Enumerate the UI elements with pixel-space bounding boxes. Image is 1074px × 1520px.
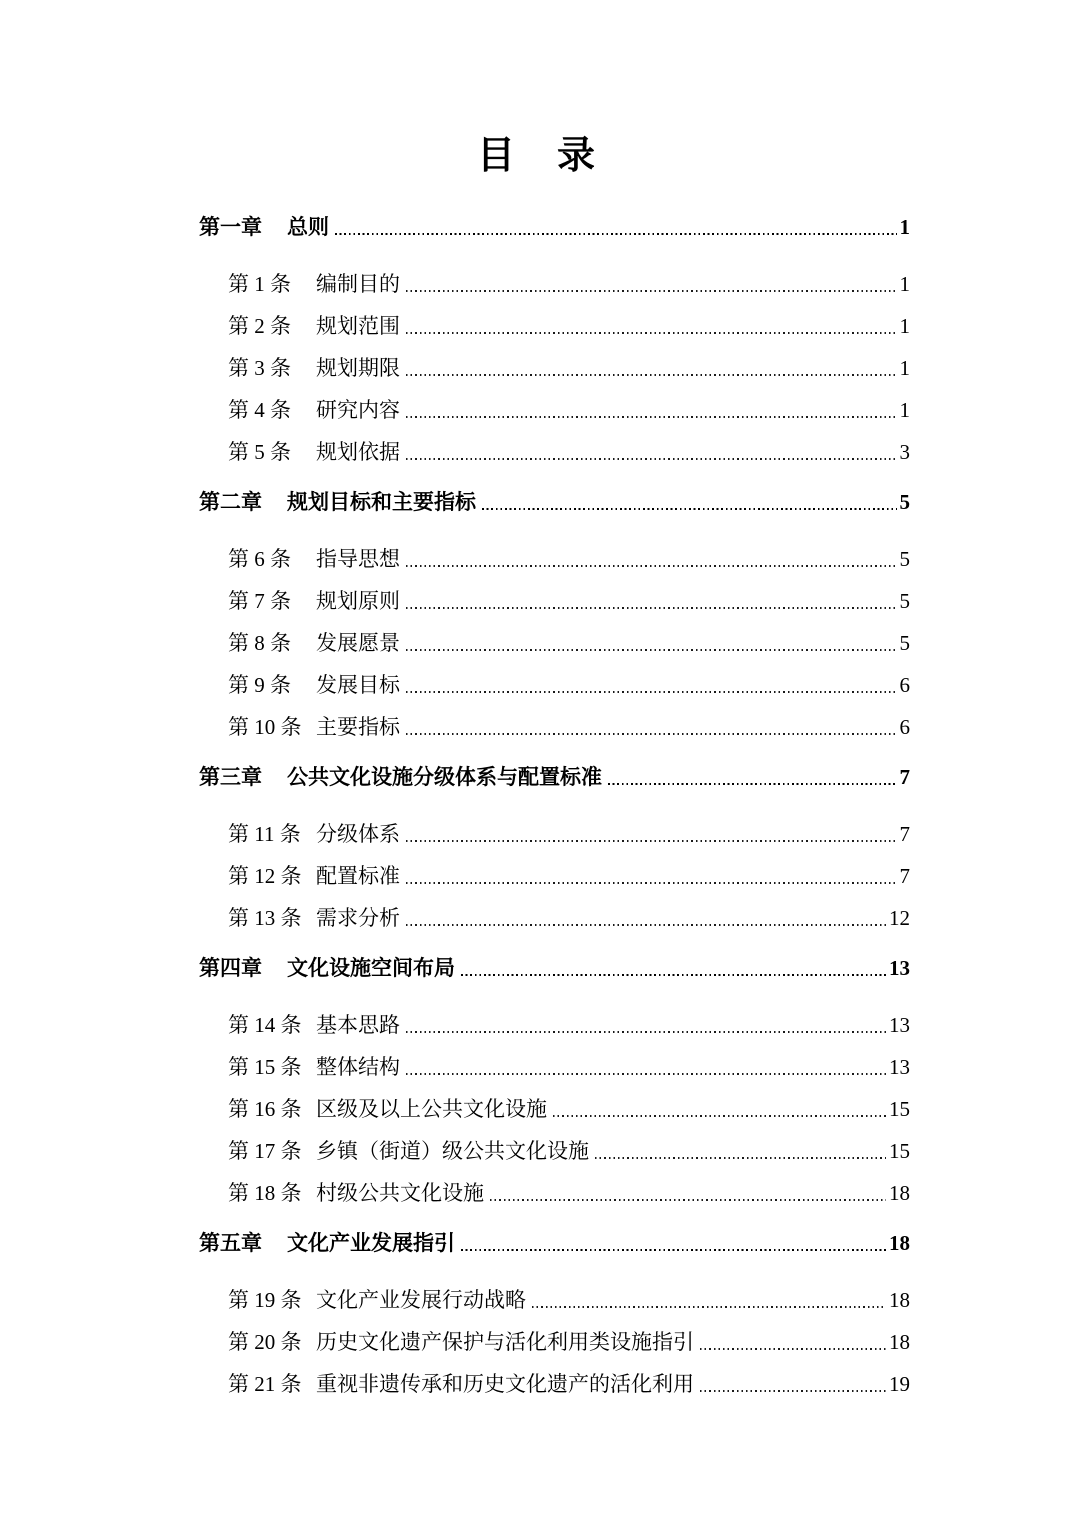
toc-entry-title[interactable]: 基本思路: [316, 1013, 400, 1037]
toc-entry-section[interactable]: 第 9 条发展目标6: [199, 673, 910, 697]
toc-entry-title[interactable]: 分级体系: [316, 822, 400, 846]
toc-entry-label: 第 2 条: [228, 314, 316, 338]
dot-leader-line: [406, 332, 897, 334]
dot-leader-line: [406, 691, 897, 693]
dot-leader-line: [553, 1115, 886, 1117]
dot-leader-line: [532, 1306, 886, 1308]
toc-entry-section[interactable]: 第 4 条研究内容1: [199, 398, 910, 422]
toc-entry-label: 第 19 条: [228, 1288, 316, 1312]
toc-entry-chapter[interactable]: 第四章文化设施空间布局13: [199, 956, 910, 980]
toc-entry-label: 第 9 条: [228, 673, 316, 697]
toc-entry-label: 第 15 条: [228, 1055, 316, 1079]
toc-entry-page-number: 18: [889, 1288, 910, 1312]
toc-entry-section[interactable]: 第 2 条规划范围1: [199, 314, 910, 338]
toc-entry-title[interactable]: 重视非遗传承和历史文化遗产的活化利用: [316, 1372, 694, 1396]
toc-entry-title[interactable]: 整体结构: [316, 1055, 400, 1079]
toc-entry-label: 第 8 条: [228, 631, 316, 655]
toc-entry-section[interactable]: 第 21 条重视非遗传承和历史文化遗产的活化利用19: [199, 1372, 910, 1396]
toc-entry-section[interactable]: 第 15 条整体结构13: [199, 1055, 910, 1079]
toc-entry-page-number: 15: [889, 1139, 910, 1163]
toc-entry-page-number: 6: [900, 673, 911, 697]
toc-entry-label: 第二章: [199, 490, 287, 514]
dot-leader-line: [406, 649, 897, 651]
toc-entry-label: 第 17 条: [228, 1139, 316, 1163]
toc-entry-title[interactable]: 规划范围: [316, 314, 400, 338]
toc-entry-page-number: 18: [889, 1330, 910, 1354]
toc-entry-label: 第一章: [199, 215, 287, 239]
toc-entry-title[interactable]: 区级及以上公共文化设施: [316, 1097, 547, 1121]
dot-leader-line: [406, 882, 897, 884]
dot-leader-line: [608, 783, 897, 785]
dot-leader-line: [490, 1199, 886, 1201]
page-title: 目 录: [0, 0, 1074, 176]
toc-entry-title[interactable]: 文化设施空间布局: [287, 956, 455, 980]
toc-entry-title[interactable]: 总则: [287, 215, 329, 239]
toc-entry-page-number: 7: [900, 765, 911, 789]
toc-entry-page-number: 5: [900, 589, 911, 613]
dot-leader-line: [700, 1348, 886, 1350]
toc-entry-label: 第 14 条: [228, 1013, 316, 1037]
dot-leader-line: [461, 974, 886, 976]
toc-entry-title[interactable]: 发展愿景: [316, 631, 400, 655]
dot-leader-line: [406, 290, 897, 292]
toc-entry-label: 第 20 条: [228, 1330, 316, 1354]
dot-leader-line: [406, 374, 897, 376]
toc-entry-label: 第 13 条: [228, 906, 316, 930]
dot-leader-line: [406, 733, 897, 735]
toc-entry-page-number: 13: [889, 1013, 910, 1037]
toc-entry-page-number: 13: [889, 956, 910, 980]
toc-entry-page-number: 1: [900, 356, 911, 380]
toc-entry-label: 第 4 条: [228, 398, 316, 422]
toc-entry-section[interactable]: 第 1 条编制目的1: [199, 272, 910, 296]
dot-leader-line: [461, 1249, 886, 1251]
toc-entry-title[interactable]: 规划原则: [316, 589, 400, 613]
toc-entry-page-number: 1: [900, 398, 911, 422]
dot-leader-line: [406, 416, 897, 418]
toc-entry-label: 第 1 条: [228, 272, 316, 296]
dot-leader-line: [482, 508, 897, 510]
dot-leader-line: [406, 840, 897, 842]
toc-entry-title[interactable]: 编制目的: [316, 272, 400, 296]
toc-entry-title[interactable]: 村级公共文化设施: [316, 1181, 484, 1205]
toc-entry-label: 第 18 条: [228, 1181, 316, 1205]
toc-entry-chapter[interactable]: 第一章总则1: [199, 215, 910, 239]
toc-entry-section[interactable]: 第 11 条分级体系7: [199, 822, 910, 846]
toc-entry-title[interactable]: 历史文化遗产保护与活化利用类设施指引: [316, 1330, 694, 1354]
toc-entry-chapter[interactable]: 第三章公共文化设施分级体系与配置标准7: [199, 765, 910, 789]
dot-leader-line: [700, 1390, 886, 1392]
toc-entry-page-number: 1: [900, 314, 911, 338]
toc-entry-title[interactable]: 文化产业发展指引: [287, 1231, 455, 1255]
toc-entry-chapter[interactable]: 第五章文化产业发展指引18: [199, 1231, 910, 1255]
toc-entry-title[interactable]: 规划目标和主要指标: [287, 490, 476, 514]
toc-entry-title[interactable]: 规划依据: [316, 440, 400, 464]
dot-leader-line: [335, 233, 897, 235]
toc-entry-page-number: 5: [900, 547, 911, 571]
dot-leader-line: [406, 607, 897, 609]
toc-entry-page-number: 13: [889, 1055, 910, 1079]
toc-entry-page-number: 18: [889, 1231, 910, 1255]
toc-entry-label: 第 7 条: [228, 589, 316, 613]
toc-entry-section[interactable]: 第 19 条文化产业发展行动战略18: [199, 1288, 910, 1312]
toc-entry-section[interactable]: 第 16 条区级及以上公共文化设施15: [199, 1097, 910, 1121]
toc-entry-title[interactable]: 研究内容: [316, 398, 400, 422]
toc-entry-page-number: 7: [900, 864, 911, 888]
toc-entry-page-number: 3: [900, 440, 911, 464]
toc-entry-label: 第 5 条: [228, 440, 316, 464]
toc-entry-section[interactable]: 第 7 条规划原则5: [199, 589, 910, 613]
dot-leader-line: [406, 565, 897, 567]
toc-entry-section[interactable]: 第 10 条主要指标6: [199, 715, 910, 739]
dot-leader-line: [595, 1157, 886, 1159]
toc-entry-title[interactable]: 主要指标: [316, 715, 400, 739]
toc-list: 第一章总则1第 1 条编制目的1第 2 条规划范围1第 3 条规划期限1第 4 …: [199, 215, 910, 1396]
toc-entry-title[interactable]: 乡镇（街道）级公共文化设施: [316, 1139, 589, 1163]
toc-entry-label: 第 21 条: [228, 1372, 316, 1396]
toc-entry-title[interactable]: 需求分析: [316, 906, 400, 930]
toc-entry-label: 第 10 条: [228, 715, 316, 739]
toc-entry-page-number: 6: [900, 715, 911, 739]
toc-entry-page-number: 7: [900, 822, 911, 846]
toc-entry-section[interactable]: 第 13 条需求分析12: [199, 906, 910, 930]
toc-entry-page-number: 1: [900, 272, 911, 296]
toc-entry-label: 第 3 条: [228, 356, 316, 380]
dot-leader-line: [406, 458, 897, 460]
toc-entry-title[interactable]: 发展目标: [316, 673, 400, 697]
toc-entry-title[interactable]: 指导思想: [316, 547, 400, 571]
document-page: 目 录 第一章总则1第 1 条编制目的1第 2 条规划范围1第 3 条规划期限1…: [0, 0, 1074, 1520]
toc-entry-page-number: 19: [889, 1372, 910, 1396]
toc-entry-title[interactable]: 规划期限: [316, 356, 400, 380]
toc-entry-section[interactable]: 第 17 条乡镇（街道）级公共文化设施15: [199, 1139, 910, 1163]
toc-entry-chapter[interactable]: 第二章规划目标和主要指标5: [199, 490, 910, 514]
toc-entry-title[interactable]: 配置标准: [316, 864, 400, 888]
toc-entry-page-number: 5: [900, 631, 911, 655]
toc-entry-title[interactable]: 文化产业发展行动战略: [316, 1288, 526, 1312]
toc-entry-page-number: 15: [889, 1097, 910, 1121]
toc-entry-section[interactable]: 第 18 条村级公共文化设施18: [199, 1181, 910, 1205]
toc-entry-section[interactable]: 第 20 条历史文化遗产保护与活化利用类设施指引18: [199, 1330, 910, 1354]
toc-entry-page-number: 12: [889, 906, 910, 930]
toc-entry-page-number: 18: [889, 1181, 910, 1205]
toc-entry-page-number: 1: [900, 215, 911, 239]
toc-entry-label: 第 6 条: [228, 547, 316, 571]
toc-entry-label: 第五章: [199, 1231, 287, 1255]
toc-entry-section[interactable]: 第 8 条发展愿景5: [199, 631, 910, 655]
toc-entry-section[interactable]: 第 14 条基本思路13: [199, 1013, 910, 1037]
toc-entry-label: 第 11 条: [228, 822, 316, 846]
toc-entry-title[interactable]: 公共文化设施分级体系与配置标准: [287, 765, 602, 789]
toc-entry-label: 第 12 条: [228, 864, 316, 888]
toc-entry-label: 第三章: [199, 765, 287, 789]
toc-entry-section[interactable]: 第 3 条规划期限1: [199, 356, 910, 380]
toc-entry-label: 第 16 条: [228, 1097, 316, 1121]
toc-entry-section[interactable]: 第 12 条配置标准7: [199, 864, 910, 888]
toc-entry-label: 第四章: [199, 956, 287, 980]
dot-leader-line: [406, 924, 886, 926]
toc-entry-page-number: 5: [900, 490, 911, 514]
dot-leader-line: [406, 1073, 886, 1075]
toc-entry-section[interactable]: 第 5 条规划依据3: [199, 440, 910, 464]
toc-entry-section[interactable]: 第 6 条指导思想5: [199, 547, 910, 571]
dot-leader-line: [406, 1031, 886, 1033]
